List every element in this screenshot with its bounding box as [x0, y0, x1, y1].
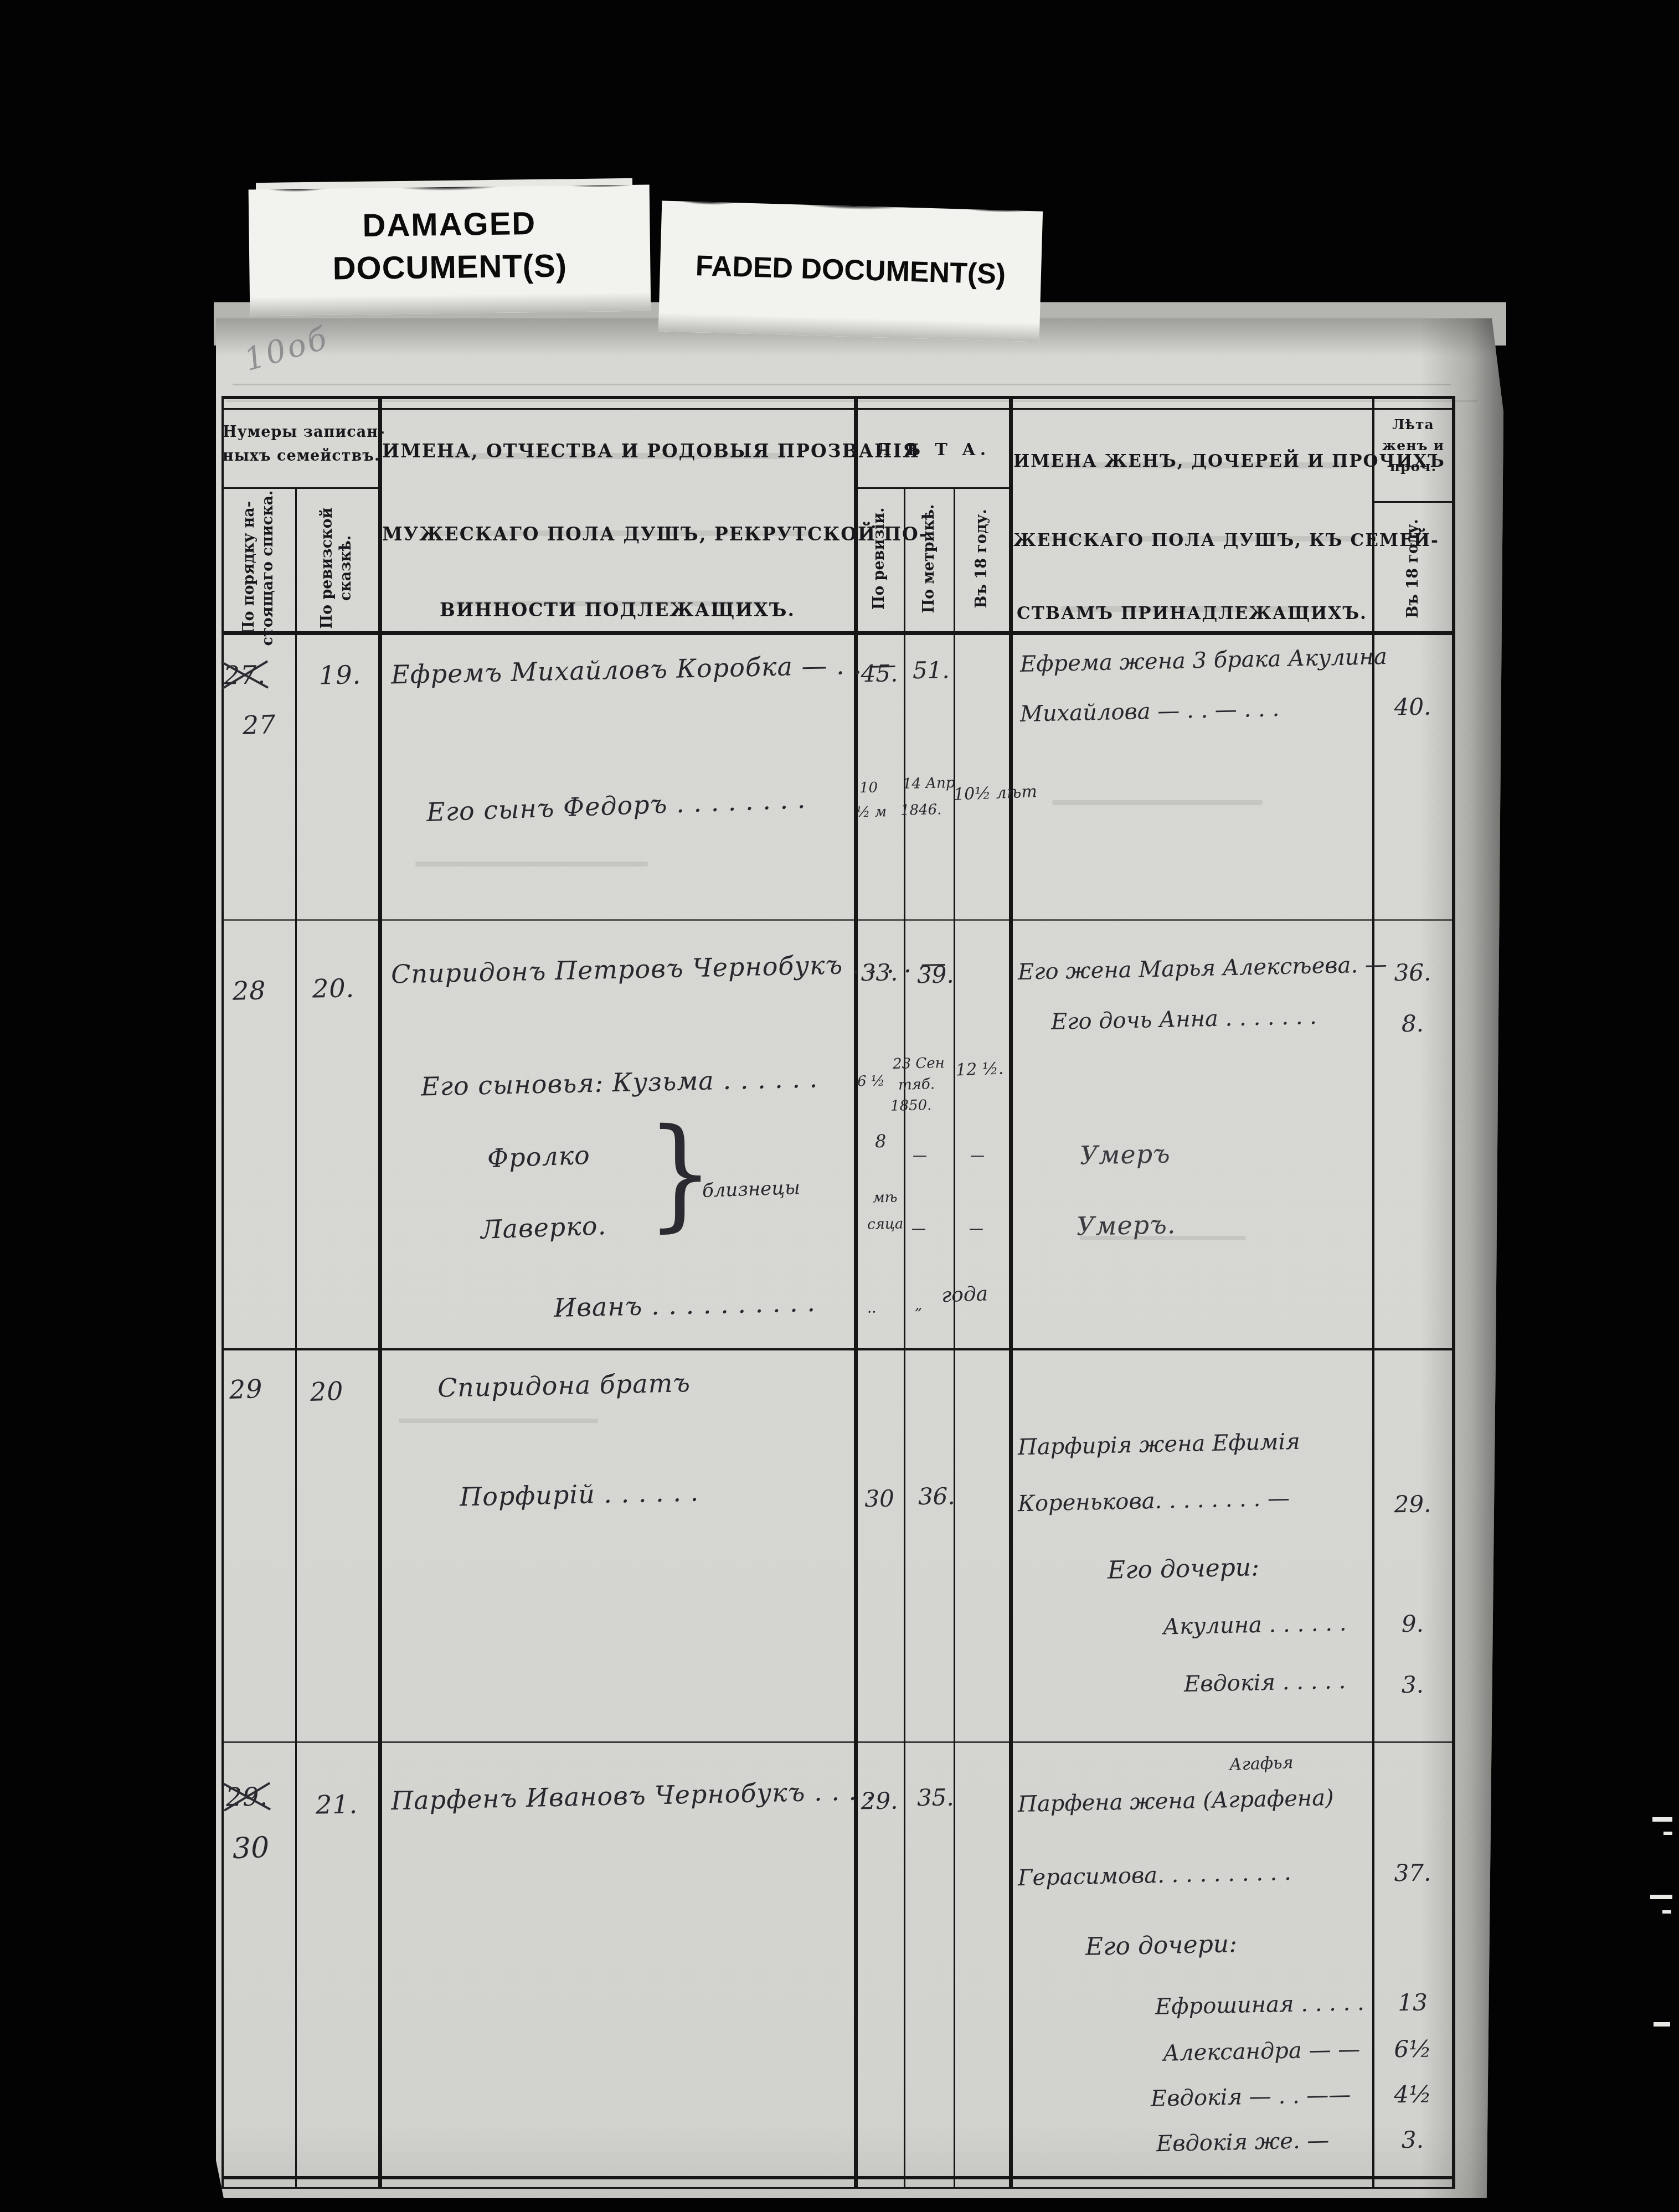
family-27-wife-name-2: Михайлова — . . — . . . [1020, 696, 1280, 727]
col-header-order-number: По порядку на- стоящаго списка. [240, 474, 277, 662]
col-header-by-revision: По ревизіи. [870, 465, 889, 653]
family-30-daughter3-age: 4½ [1373, 2080, 1453, 2108]
family-29-head-name: Порфирій . . . . . . [459, 1477, 699, 1512]
underlying-sheet-edge [233, 384, 1451, 385]
family-28-kuzma-age-revision: 6 ½ [857, 1073, 885, 1090]
damaged-card-text-1: DAMAGED [249, 204, 650, 246]
leta-zhen-title-1: Лѣта [1374, 416, 1452, 432]
family-29-wife-age: 29. [1373, 1490, 1453, 1518]
family-29-daughter1-age: 9. [1373, 1610, 1453, 1637]
col-header-by-metrika: По метрикѣ. [920, 465, 939, 653]
col-header-in-year: Въ 18 году. [972, 465, 991, 653]
bleed-through-text [415, 862, 648, 867]
family-28-kuzma-metrika-3: 1850. [890, 1097, 932, 1115]
faded-card-text: FADED DOCUMENT(S) [660, 248, 1041, 292]
family-divider [222, 1348, 1455, 1350]
twins-age-1: 8 [875, 1131, 887, 1152]
family-29-number: 29 [229, 1374, 263, 1405]
family-28-head-age-revision: 33. [854, 959, 905, 987]
family-28-ivan-revision-ditto: .. [867, 1300, 877, 1317]
leta-group-title: Л Ѣ Т А. [854, 440, 1013, 460]
men-column-title-2: МУЖЕСКАГО ПОЛА ДУШЪ, РЕКРУТСКОЙ ПО- [382, 523, 853, 545]
damaged-document-card: DAMAGED DOCUMENT(S) [249, 185, 651, 316]
men-column-title-1: ИМЕНА, ОТЧЕСТВА И РОДОВЫЯ ПРОЗВАНІЯ [382, 440, 853, 462]
twin2-status: Умеръ. [1076, 1209, 1176, 1241]
family-27-head-age-now: 51. [913, 657, 950, 684]
family-divider [222, 919, 1455, 921]
family-30-daughter2: Александра — — [1163, 2036, 1361, 2066]
family-27-revision-number: 19. [319, 660, 362, 690]
family-30-revision-number: 21. [316, 1790, 358, 1820]
twin1-metrika-dash: — [913, 1147, 927, 1164]
family-30-daughter1-age: 13 [1373, 1988, 1453, 2016]
family-30-number: 30 [232, 1831, 270, 1865]
family-29-daughter1: Акулина . . . . . . [1163, 1611, 1347, 1640]
twins-brace: } [647, 1102, 714, 1243]
col-header-in-year-women: Въ 18 году. [1404, 475, 1423, 663]
table-border-bottom-inner [222, 2187, 1455, 2189]
leta-zhen-title-3: проч. [1374, 458, 1452, 475]
damaged-card-text-2: DOCUMENT(S) [249, 246, 651, 288]
family-30-daughter1: Ефрошиная . . . . . [1155, 1990, 1365, 2020]
family-27-son-age-revision: 10 [859, 780, 878, 797]
header-bottom-rule [222, 631, 1455, 635]
table-border-right [1452, 396, 1455, 2187]
table-border-top-inner [222, 408, 1455, 410]
family-divider [222, 1741, 1455, 1743]
leta-zhen-title-2: женъ и [1374, 437, 1452, 453]
twin2-now-dash: — [969, 1220, 983, 1237]
family-28-number: 28 [232, 975, 266, 1006]
family-29-daughters-label: Его дочери: [1107, 1553, 1259, 1585]
family-27-son-metrika-1: 14 Апр [903, 775, 955, 792]
col-line [954, 487, 955, 2187]
family-30-daughter3: Евдокія — . . —— [1151, 2082, 1351, 2112]
family-29-brother-label: Спиридона братъ [437, 1368, 691, 1403]
family-30-head-age-now: 35. [917, 1784, 954, 1812]
underlying-sheet-edge [226, 400, 1477, 402]
family-30-daughter4-age: 3. [1373, 2126, 1453, 2153]
family-27-wife-age: 40. [1373, 693, 1453, 720]
col-line [295, 487, 297, 2187]
family-27-head-age-revision: 45. [854, 660, 905, 688]
family-27-old-number: 27. [223, 659, 266, 690]
family-28-ivan-name: Иванъ . . . . . . . . . . [553, 1287, 816, 1323]
col-line-bold [378, 396, 382, 2187]
table-border-bottom [222, 2176, 1455, 2179]
family-29-daughter2: Евдокія . . . . . [1184, 1668, 1346, 1697]
family-28-daughter-age: 8. [1373, 1009, 1453, 1037]
col-line-bold [1009, 396, 1013, 2187]
family-28-kuzma-metrika-1: 23 Сен [893, 1055, 945, 1073]
film-edge-mark [1652, 1817, 1672, 1822]
twin2-metrika-dash: — [911, 1220, 926, 1237]
family-29-daughter2-age: 3. [1373, 1670, 1453, 1698]
scanned-document-page: 10об Нумеры записан- ныхъ семействъ. По … [0, 0, 1679, 2212]
family-29-head-age-revision: 30 [854, 1485, 905, 1513]
family-28-ivan-age-now: года [941, 1283, 988, 1307]
col-line [904, 487, 905, 2187]
twin1-status: Умеръ [1079, 1138, 1171, 1170]
numbers-group-title2: ныхъ семействъ. [223, 447, 379, 465]
bleed-through-text [399, 1419, 598, 1423]
family-28-ivan-metrika-ditto: „ [915, 1297, 922, 1313]
col-header-revision-number: По ревизской сказкѣ. [318, 474, 356, 662]
film-edge-mark [1650, 1895, 1672, 1899]
family-27-number: 27 [242, 709, 276, 740]
family-28-wife-age: 36. [1373, 958, 1453, 986]
women-column-title-1: ИМЕНА ЖЕНЪ, ДОЧЕРЕЙ И ПРОЧИХЪ [1013, 451, 1371, 471]
family-28-twin2-name: Лаверко. [480, 1210, 607, 1245]
family-30-daughter4: Евдокія же. — [1156, 2128, 1330, 2157]
film-edge-mark [1662, 1910, 1671, 1914]
family-30-wife-age: 37. [1373, 1859, 1453, 1886]
twins-age-3: сяца [867, 1215, 904, 1233]
faded-document-card: FADED DOCUMENT(S) [658, 200, 1043, 342]
family-27-son-metrika-2: 1846. [900, 801, 942, 819]
family-27-son-age-revision-2: ½ м [856, 803, 887, 821]
family-28-kuzma-metrika-2: тяб. [898, 1076, 935, 1093]
twins-note: близнецы [702, 1177, 800, 1202]
family-29-revision-number: 20 [310, 1376, 344, 1407]
family-30-daughter2-age: 6½ [1373, 2035, 1453, 2063]
family-28-twin1-name: Фролко [487, 1140, 591, 1173]
twin1-now-dash: — [970, 1147, 985, 1164]
family-30-head-age-revision: 29. [854, 1787, 905, 1815]
men-column-title-3: ВИННОСТИ ПОДЛЕЖАЩИХЪ. [382, 599, 853, 621]
table-border-top [222, 396, 1455, 399]
twins-age-2: мѣ [873, 1189, 898, 1206]
family-27-son-age-now: 10½ лѣт [953, 782, 1037, 804]
family-28-revision-number: 20. [312, 973, 355, 1004]
bleed-through-text [1052, 800, 1263, 805]
family-30-old-number: 29. [225, 1781, 268, 1812]
family-30-wife-inserted-name: Агафья [1229, 1753, 1294, 1775]
numbers-group-title: Нумеры записан- [223, 424, 379, 441]
women-column-title-3: СТВАМЪ ПРИНАДЛЕЖАЩИХЪ. [1013, 604, 1371, 623]
film-edge-mark [1663, 1832, 1672, 1835]
family-28-kuzma-age-now: 12 ½. [955, 1059, 1003, 1080]
women-column-title-2: ЖЕНСКАГО ПОЛА ДУШЪ, КЪ СЕМЕЙ- [1013, 530, 1371, 550]
family-29-head-age-now: 36. [918, 1483, 955, 1510]
family-28-head-age-now: 39. [917, 961, 954, 989]
family-30-daughters-label: Его дочери: [1085, 1930, 1237, 1961]
film-edge-mark [1654, 2022, 1670, 2027]
